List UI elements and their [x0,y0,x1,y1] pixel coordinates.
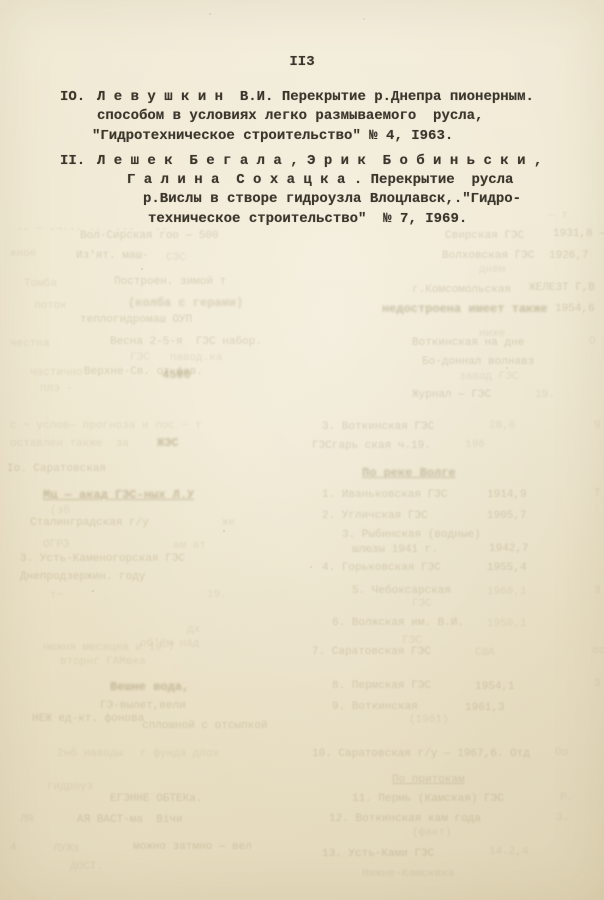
bib-entry-number: IO. [60,87,85,107]
ghost-fragment: ЕГЭННЕ ОБТЕКа. [110,793,202,806]
ghost-fragment: -- ~ -¬--- -- --- -- [16,224,168,237]
ghost-fragment: (зб [50,505,70,518]
ghost-fragment: Днепродзержин. году [20,571,145,584]
ghost-fragment: По реке Волге [362,467,456,480]
ghost-fragment: Т [594,488,601,501]
ghost-fragment: ГЭС павод.ка [130,352,222,365]
ghost-fragment: шлюзы 1941 г. [352,544,438,557]
ghost-fragment: гидроуз [47,781,93,794]
ghost-fragment: СЭС [166,252,186,265]
ghost-fragment: 14.2,4 [489,846,529,859]
scanned-page: -- ~ -¬--- -- --- --Вол-Сирская гоо — 50… [0,0,604,900]
page-number: II3 [0,52,604,72]
ghost-fragment: АЯ ВАСТ-ма Вічи [77,814,183,827]
ghost-fragment: 3 [594,585,601,598]
ghost-fragment: с ~ услов— прогноза и пос ~ т [10,420,201,433]
ghost-fragment: 7. Саратовская ГЭС [312,646,431,659]
ghost-fragment: 3 [594,678,601,691]
bib-entry-number: II. [60,151,85,171]
ghost-fragment: 1. Иваньковская ГЭС [322,489,447,502]
ghost-fragment: Волховская ГЭС [442,250,534,263]
ghost-fragment: 3. Рыбинская (водные) [342,529,481,542]
ghost-fragment: Весна 2-5-я ГЭС набор. [110,336,262,349]
ghost-fragment: 1954,6 [555,303,595,316]
ghost-fragment: (колба с герами) [128,297,243,310]
ghost-fragment: НЕЖ ед-кт. фонова [32,713,144,726]
ghost-fragment: Мц — акад ГЭС-ных Л.У [43,489,194,502]
ghost-fragment: Вол-Сирская гоо — 500 [80,230,219,243]
ghost-fragment: 13. Усть-Ками ГЭС [322,848,434,861]
ghost-fragment: ЛЯ [20,814,33,827]
ghost-fragment: 2. Угличская ГЭС [322,510,428,523]
bib-line: "Гидротехническое строительство" № 4, I9… [92,126,453,146]
ghost-fragment: ЖЭС [157,437,179,450]
ghost-fragment: ам ат [173,540,206,553]
ghost-fragment: 1914,9 [487,489,527,502]
ghost-fragment: сплошной с отсыпкой [142,720,267,733]
ghost-fragment: — т [548,210,568,223]
ghost-fragment: Томба [24,278,57,291]
ghost-fragment: Журнал — ГЭС [412,389,491,402]
bib-line: Л е в у ш к и н В.И. Перекрытие р.Днепра… [97,87,534,107]
ghost-fragment: 1931,8 — 5 [553,228,604,241]
paper-speck [92,590,94,592]
ghost-fragment: Бо-доннал волнавз [422,356,534,369]
ghost-fragment: Воткинская на дне [412,337,524,350]
ghost-fragment: 196 [465,439,485,452]
ghost-fragment: Р. [560,792,573,805]
ghost-fragment: 19. [535,389,555,402]
ghost-fragment: 28,0 [489,420,515,433]
ghost-fragment: 4500 [162,369,191,382]
bib-line: р.Вислы в створе гидроузла Влоцлавск,."Г… [143,189,521,209]
ghost-fragment: 8. Пермская ГЭС [332,680,431,693]
bib-line: Л е ш е к Б е г а л а , Э р и к Б о б и … [97,151,542,171]
ghost-fragment: 12. Воткинская кам года [329,813,481,826]
ghost-fragment: г.Комсомольская [412,284,511,297]
ghost-fragment: 4 [10,842,17,855]
ghost-fragment: об'ём над [140,638,199,651]
ghost-fragment: По притокам [392,774,465,787]
paper-speck [506,367,508,369]
ghost-fragment: Оо [555,747,568,760]
bib-line: техническое строительство" № 7, I969. [148,209,467,229]
ghost-fragment: Верхне-Св. от фев. [84,366,203,379]
ghost-fragment: 19. [207,589,227,602]
ghost-fragment: завод ГЭС [459,371,518,384]
ghost-fragment: ГЭСгарь ская ч.19. [312,440,431,453]
ghost-fragment: плэ - [40,383,73,396]
ghost-fragment: (факт) [412,827,452,840]
ghost-fragment: 1960,1 [487,586,527,599]
ghost-fragment: ГЭС [402,635,422,648]
ghost-fragment: 4. Горьковская ГЭС [322,562,441,575]
ghost-fragment: ОГРЭ [43,539,69,552]
ghost-fragment: 1954,1 [475,681,515,694]
paper-speck [363,18,365,20]
ghost-fragment: оставлен также за [10,438,129,451]
ghost-fragment: Построен. зимой т [114,276,226,289]
paper-speck [141,268,143,270]
ghost-fragment: 2нб наводы [57,748,123,761]
ghost-fragment: честна [10,338,50,351]
ghost-fragment: ЖЕЛЕЗТ Г,В [529,282,595,295]
bib-line: Г а л и н а С о х а ц к а . Перекрытие р… [127,170,513,190]
paper-speck [310,566,312,568]
ghost-fragment: г фунда длох [140,748,219,761]
ghost-fragment: 1955,4 [487,562,527,575]
ghost-fragment: 11. Пермь (Камская) ГЭС [352,793,504,806]
ghost-fragment: Из'ят. маш- [76,250,149,263]
ghost-fragment: теплогидромаш ОУП [80,314,192,327]
ghost-fragment: Свирская ГЭС [445,230,524,243]
ghost-fragment: Іо. Саратовская [7,463,106,476]
ghost-fragment: ГЭ-вылет,вели [100,700,186,713]
ghost-fragment: дх [187,624,200,637]
ghost-fragment: же [222,517,235,530]
ghost-fragment: ос [592,645,604,658]
ghost-fragment: 3. Воткинская ГЭС [322,421,434,434]
ghost-fragment: Вешне вода, [110,681,189,694]
ghost-fragment: частично [30,367,83,380]
ghost-fragment: (1961) [409,714,449,727]
ghost-fragment: нюжня месяцев и 19-7 [43,642,175,655]
ghost-fragment: 1926,7 [549,250,589,263]
paper-speck [209,13,211,15]
ghost-fragment: О [589,336,596,349]
ghost-fragment: 3. [556,812,569,825]
ghost-fragment: недостроена имеет также [382,303,548,316]
ghost-fragment: ГЭС [412,598,432,611]
ghost-fragment: 6. Волжская им. В.И. [332,617,464,630]
ghost-fragment: 9 [594,420,601,433]
ghost-fragment: 3. Усть-Каменогорская ГЭС [20,553,185,566]
ghost-fragment: США [475,647,495,660]
ghost-fragment: Нижне-Камсквка [362,868,454,881]
ghost-fragment: Сталинградская г/у [30,517,149,530]
ghost-fragment: 5. Чебоксарская [352,585,451,598]
ghost-fragment: 1905,7 [487,510,527,523]
ghost-fragment: 1961,3 [465,702,505,715]
ghost-fragment: лоток [34,300,67,313]
ghost-fragment: ДОСТ. [70,861,103,874]
ghost-fragment: 1942,7 [489,543,529,556]
ghost-fragment: жное [10,248,36,261]
ghost-fragment: днём [479,264,505,277]
ghost-fragment: 1950,1 [487,618,527,631]
paper-speck [223,530,225,532]
ghost-fragment: ниже [479,328,505,341]
ghost-fragment: т~ [50,590,63,603]
ghost-fragment: вторнг ГАМвка [60,656,146,669]
ghost-fragment: можно затмно — вел [133,841,252,854]
ghost-fragment: 9. Воткинская [332,701,418,714]
ghost-fragment: ЛУЖа [53,843,79,856]
bib-line: способом в условиях легко размываемого р… [97,106,483,126]
ghost-fragment: 10. Саратовская г/у — 1967,6. Отд [312,748,530,761]
